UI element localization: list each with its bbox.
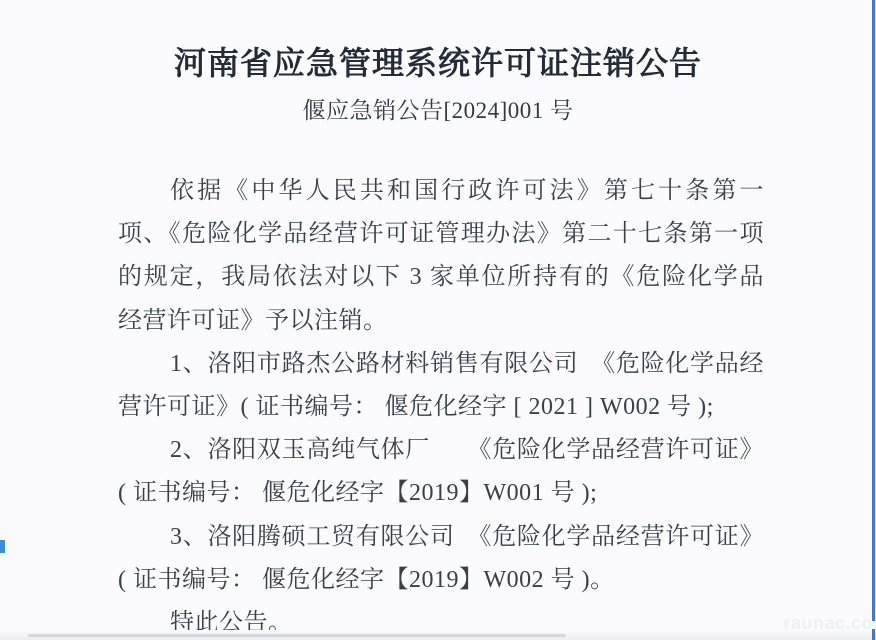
- body-line: 1、洛阳市路杰公路材料销售有限公司 《危险化学品经: [118, 343, 764, 386]
- body-line: 经营许可证》予以注销。: [118, 300, 764, 343]
- page-bottom-scan-shadow: [28, 634, 566, 637]
- body-line: ( 证书编号： 偃危化经字【2019】W002 号 )。: [118, 559, 764, 602]
- notice-title: 河南省应急管理系统许可证注销公告: [0, 38, 876, 84]
- notice-doc-number: 偃应急销公告[2024]001 号: [0, 92, 876, 125]
- body-line: 的规定，我局依法对以下 3 家单位所持有的《危险化学品: [118, 256, 764, 299]
- watermark-text: raunac.co: [783, 613, 873, 634]
- body-line: 营许可证》( 证书编号： 偃危化经字 [ 2021 ] W002 号 );: [118, 386, 764, 429]
- body-line: ( 证书编号： 偃危化经字【2019】W001 号 );: [118, 472, 764, 515]
- body-line: 项、《危险化学品经营许可证管理办法》第二十七条第一项: [118, 213, 764, 256]
- right-edge-blue-line: [872, 0, 875, 621]
- body-line: 3、洛阳腾硕工贸有限公司 《危险化学品经营许可证》: [118, 516, 764, 559]
- left-edge-blue-tick: [0, 540, 5, 553]
- body-line: 依据《中华人民共和国行政许可法》第七十条第一: [118, 170, 764, 213]
- scanned-notice-page: 河南省应急管理系统许可证注销公告 偃应急销公告[2024]001 号 依据《中华…: [0, 0, 876, 640]
- body-line: 2、洛阳双玉高纯气体厂 《危险化学品经营许可证》: [118, 429, 764, 472]
- right-edge-blue-line-segment: [872, 629, 875, 640]
- notice-body: 依据《中华人民共和国行政许可法》第七十条第一 项、《危险化学品经营许可证管理办法…: [118, 170, 764, 640]
